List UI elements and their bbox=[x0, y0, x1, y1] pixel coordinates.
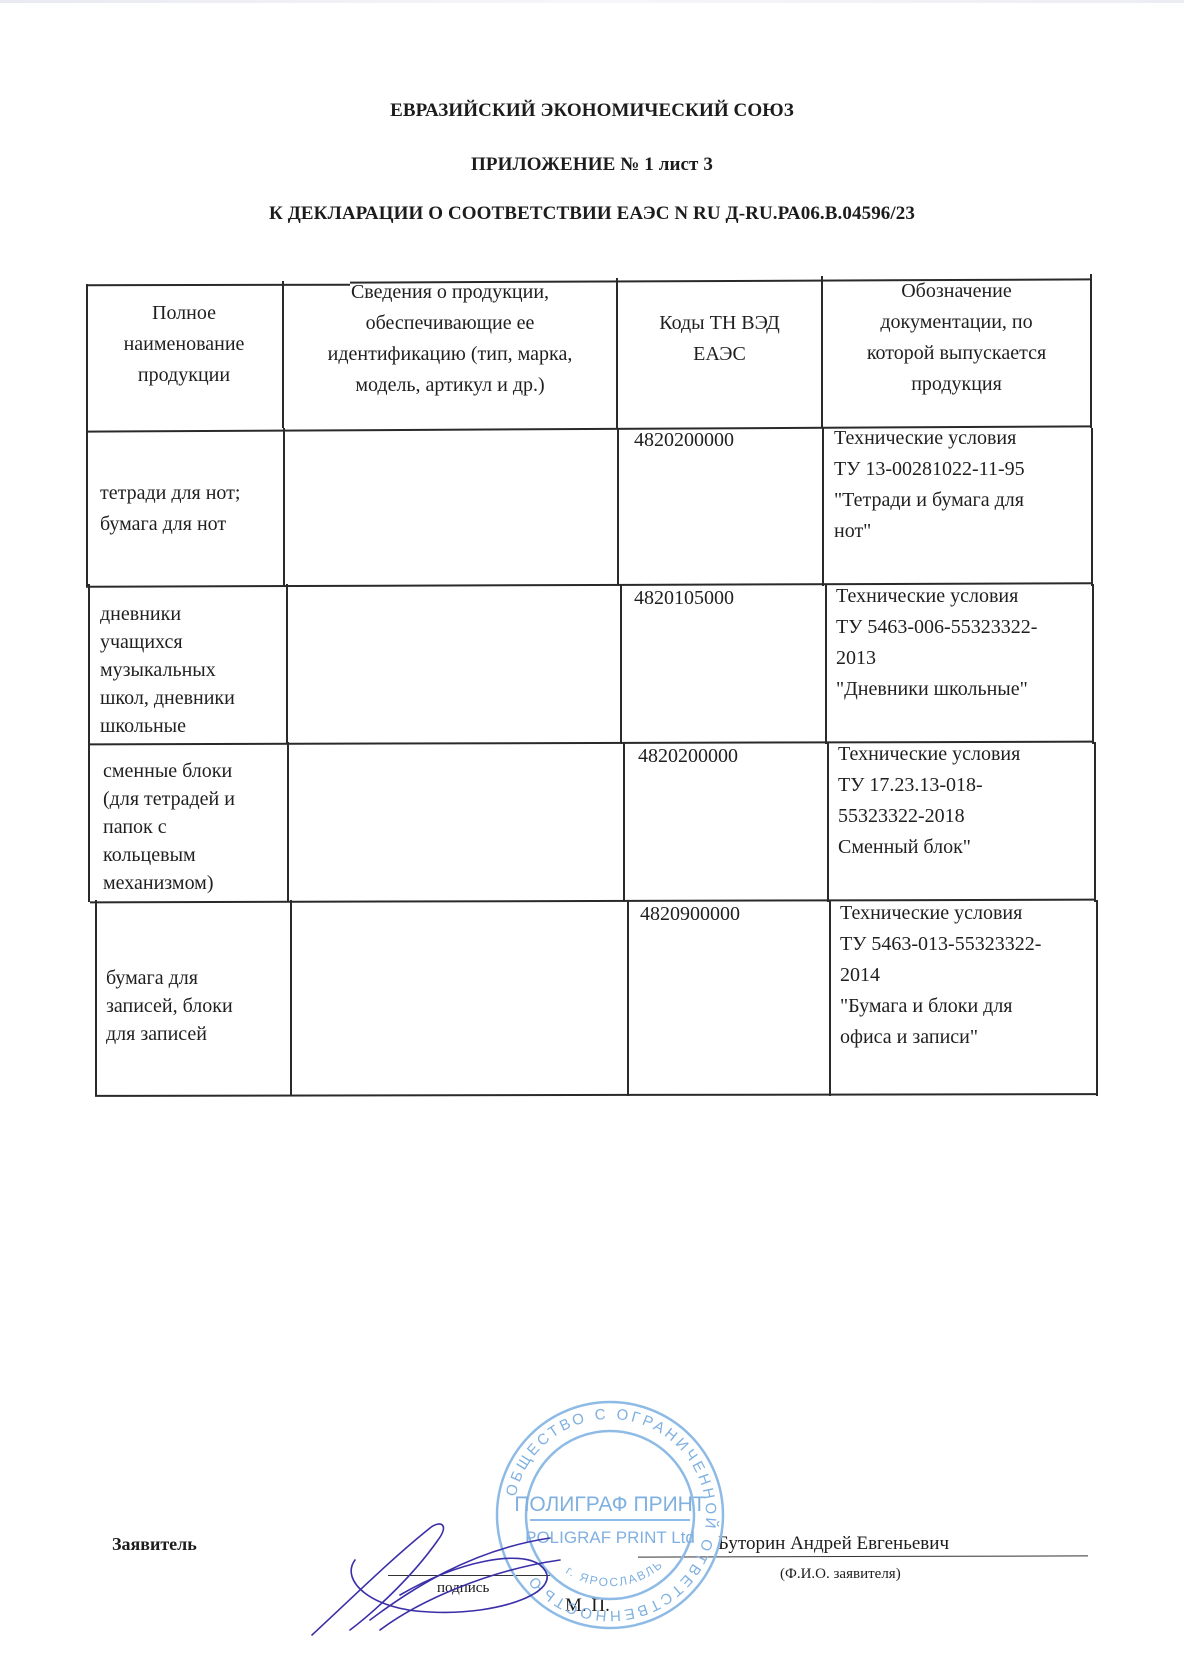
table-row-2-code: 4820105000 bbox=[634, 583, 734, 614]
applicant-label: Заявитель bbox=[112, 1534, 197, 1555]
table-row-3-name: сменные блоки (для тетрадей и папок с ко… bbox=[103, 757, 235, 897]
table-row-4-code: 4820900000 bbox=[640, 899, 740, 930]
scan-edge bbox=[0, 0, 1184, 3]
declaration-title: К ДЕКЛАРАЦИИ О СООТВЕТСТВИИ ЕАЭС N RU Д-… bbox=[0, 203, 1184, 225]
appendix-title: ПРИЛОЖЕНИЕ № 1 лист 3 bbox=[0, 154, 1184, 176]
applicant-name: Буторин Андрей Евгеньевич bbox=[718, 1533, 949, 1555]
table-row-1-doc: Технические условия ТУ 13-00281022-11-95… bbox=[834, 423, 1025, 547]
table-row-1-name: тетради для нот; бумага для нот bbox=[100, 478, 240, 540]
svg-text:г. ЯРОСЛАВЛЬ: г. ЯРОСЛАВЛЬ bbox=[563, 1557, 666, 1590]
table-row-2-doc: Технические условия ТУ 5463-006-55323322… bbox=[836, 581, 1037, 705]
table-row-3-code: 4820200000 bbox=[638, 741, 738, 772]
union-title: ЕВРАЗИЙСКИЙ ЭКОНОМИЧЕСКИЙ СОЮЗ bbox=[0, 100, 1184, 122]
signature-icon bbox=[310, 1520, 570, 1640]
table-row-1-code: 4820200000 bbox=[634, 425, 734, 456]
svg-text:ПОЛИГРАФ ПРИНТ: ПОЛИГРАФ ПРИНТ bbox=[514, 1493, 706, 1516]
column-header-doc: Обозначение документации, по которой вып… bbox=[822, 276, 1091, 400]
table-row-2-name: дневники учащихся музыкальных школ, днев… bbox=[100, 600, 235, 740]
name-caption: (Ф.И.О. заявителя) bbox=[780, 1566, 901, 1583]
table-row-4-name: бумага для записей, блоки для записей bbox=[106, 964, 233, 1048]
table-row-4-doc: Технические условия ТУ 5463-013-55323322… bbox=[840, 898, 1041, 1053]
column-header-name: Полное наименование продукции bbox=[86, 298, 282, 391]
column-header-info: Сведения о продукции, обеспечивающие ее … bbox=[283, 277, 617, 401]
table-row-3-doc: Технические условия ТУ 17.23.13-018- 553… bbox=[838, 739, 1020, 863]
column-header-code: Коды ТН ВЭД ЕАЭС bbox=[617, 308, 822, 370]
